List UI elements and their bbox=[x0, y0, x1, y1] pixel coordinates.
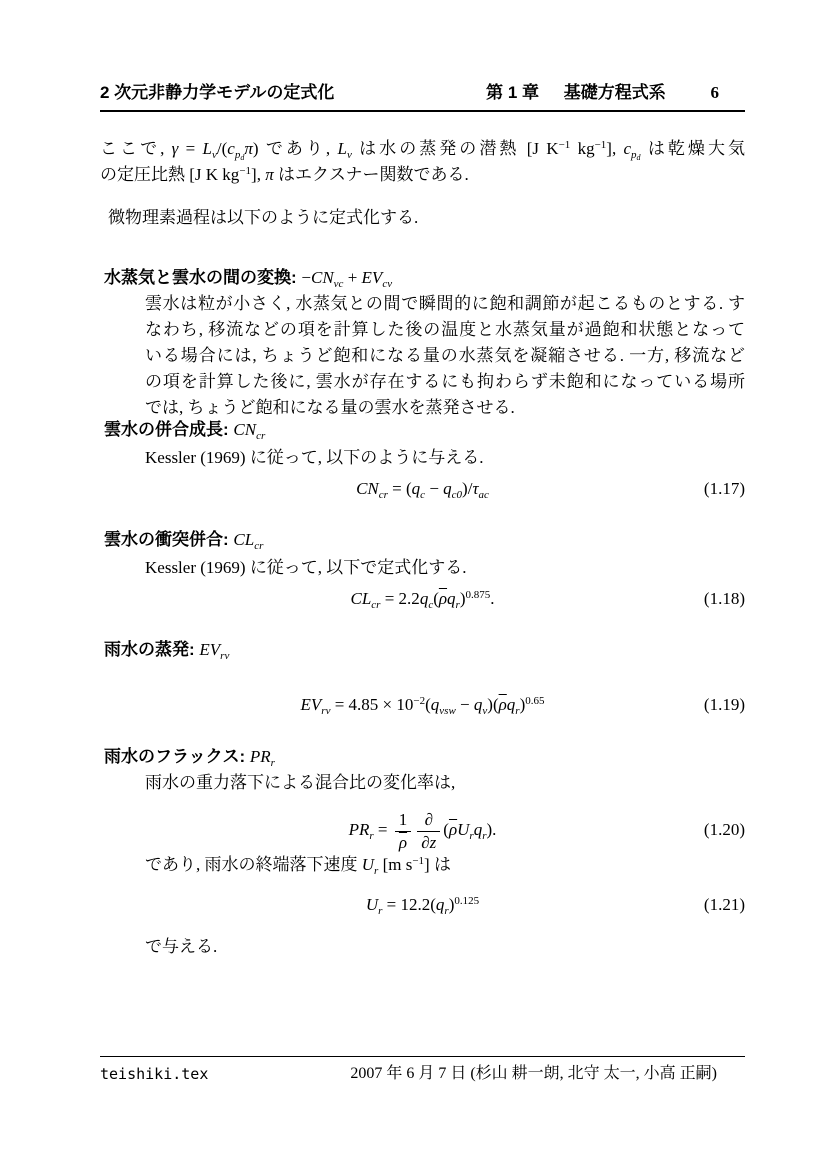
text-line: いる場合には, ちょうど飽和になる量の水蒸気を凝縮させる. 一方, 移流など bbox=[145, 343, 745, 369]
section-heading-cloud-collision-coalescence: 雲水の衝突併合: CLcr bbox=[104, 527, 745, 553]
equation-math: PRr = 1ρ∂∂z(ρUrqr). bbox=[349, 820, 497, 839]
section-body-rain-flux: 雨水の重力落下による混合比の変化率は, bbox=[145, 770, 745, 796]
equation-math: CNcr = (qc − qc0)/τac bbox=[356, 479, 489, 498]
page-number: 6 bbox=[711, 83, 720, 102]
footer-date-authors: 2007 年 6 月 7 日 (杉山 耕一朗, 北守 太一, 小高 正嗣) bbox=[350, 1062, 745, 1086]
chapter-title: 基礎方程式系 bbox=[564, 83, 666, 102]
section-body-vapor-cloud-conversion: 雲水は粒が小さく, 水蒸気との間で瞬間的に飽和調節が起こるものとする. す なわ… bbox=[145, 291, 745, 421]
section-heading-rain-evaporation: 雨水の蒸発: EVrv bbox=[104, 637, 745, 663]
equation-number: (1.20) bbox=[704, 817, 745, 843]
section-body-cloud-coalescence-growth: Kessler (1969) に従って, 以下のように与える. bbox=[145, 445, 745, 471]
microphysics-intro-paragraph: 微物理素過程は以下のように定式化する. bbox=[108, 205, 745, 231]
section-body-cloud-collision-coalescence: Kessler (1969) に従って, 以下で定式化する. bbox=[145, 555, 745, 581]
header-rule bbox=[100, 110, 745, 112]
equation-number: (1.21) bbox=[704, 892, 745, 918]
intro-paragraph: ここで, γ = Lv/(cpdπ) であり, Lv は水の蒸発の潜熱 [J K… bbox=[100, 136, 745, 188]
equation-number: (1.18) bbox=[704, 586, 745, 612]
text-line: の定圧比熱 [J K kg−1], π はエクスナー関数である. bbox=[100, 162, 745, 188]
terminal-velocity-paragraph: であり, 雨水の終端落下速度 Ur [m s−1] は bbox=[145, 852, 745, 878]
equation-1-20: PRr = 1ρ∂∂z(ρUrqr). (1.20) bbox=[100, 806, 745, 854]
footer-filename: teishiki.tex bbox=[100, 1062, 208, 1086]
section-heading-rain-flux: 雨水のフラックス: PRr bbox=[104, 744, 745, 770]
equation-math: CLcr = 2.2qc(ρqr)0.875. bbox=[351, 589, 495, 608]
page-header: 2 次元非静力学モデルの定式化 第 1 章 基礎方程式系 6 bbox=[100, 82, 745, 104]
text-line: なわち, 移流などの項を計算した後の温度と水蒸気量が過飽和状態となって bbox=[145, 317, 745, 343]
section-heading-cloud-coalescence-growth: 雲水の併合成長: CNcr bbox=[104, 417, 745, 443]
page-footer: teishiki.tex 2007 年 6 月 7 日 (杉山 耕一朗, 北守 … bbox=[100, 1062, 745, 1086]
footer-rule bbox=[100, 1056, 745, 1057]
equation-number: (1.19) bbox=[704, 692, 745, 718]
equation-math: EVrv = 4.85 × 10−2(qvsw − qv)(ρqr)0.65 bbox=[301, 695, 545, 714]
text-line: ここで, γ = Lv/(cpdπ) であり, Lv は水の蒸発の潜熱 [J K… bbox=[100, 136, 745, 162]
chapter-label: 第 1 章 bbox=[486, 83, 539, 102]
equation-1-17: CNcr = (qc − qc0)/τac (1.17) bbox=[100, 476, 745, 502]
running-section-title: 2 次元非静力学モデルの定式化 bbox=[100, 82, 334, 104]
equation-1-21: Ur = 12.2(qr)0.125 (1.21) bbox=[100, 892, 745, 918]
equation-math: Ur = 12.2(qr)0.125 bbox=[366, 895, 479, 914]
closing-paragraph: で与える. bbox=[145, 934, 745, 960]
text-line: 雲水は粒が小さく, 水蒸気との間で瞬間的に飽和調節が起こるものとする. す bbox=[145, 291, 745, 317]
equation-1-18: CLcr = 2.2qc(ρqr)0.875. (1.18) bbox=[100, 586, 745, 612]
text-line: の項を計算した後に, 雲水が存在するにも拘わらず未飽和になっている場所 bbox=[145, 369, 745, 395]
section-heading-vapor-cloud-conversion: 水蒸気と雲水の間の変換: −CNvc + EVcv bbox=[104, 265, 745, 291]
document-page: 2 次元非静力学モデルの定式化 第 1 章 基礎方程式系 6 ここで, γ = … bbox=[0, 0, 826, 1169]
equation-1-19: EVrv = 4.85 × 10−2(qvsw − qv)(ρqr)0.65 (… bbox=[100, 692, 745, 718]
equation-number: (1.17) bbox=[704, 476, 745, 502]
running-chapter-group: 第 1 章 基礎方程式系 6 bbox=[486, 82, 745, 104]
